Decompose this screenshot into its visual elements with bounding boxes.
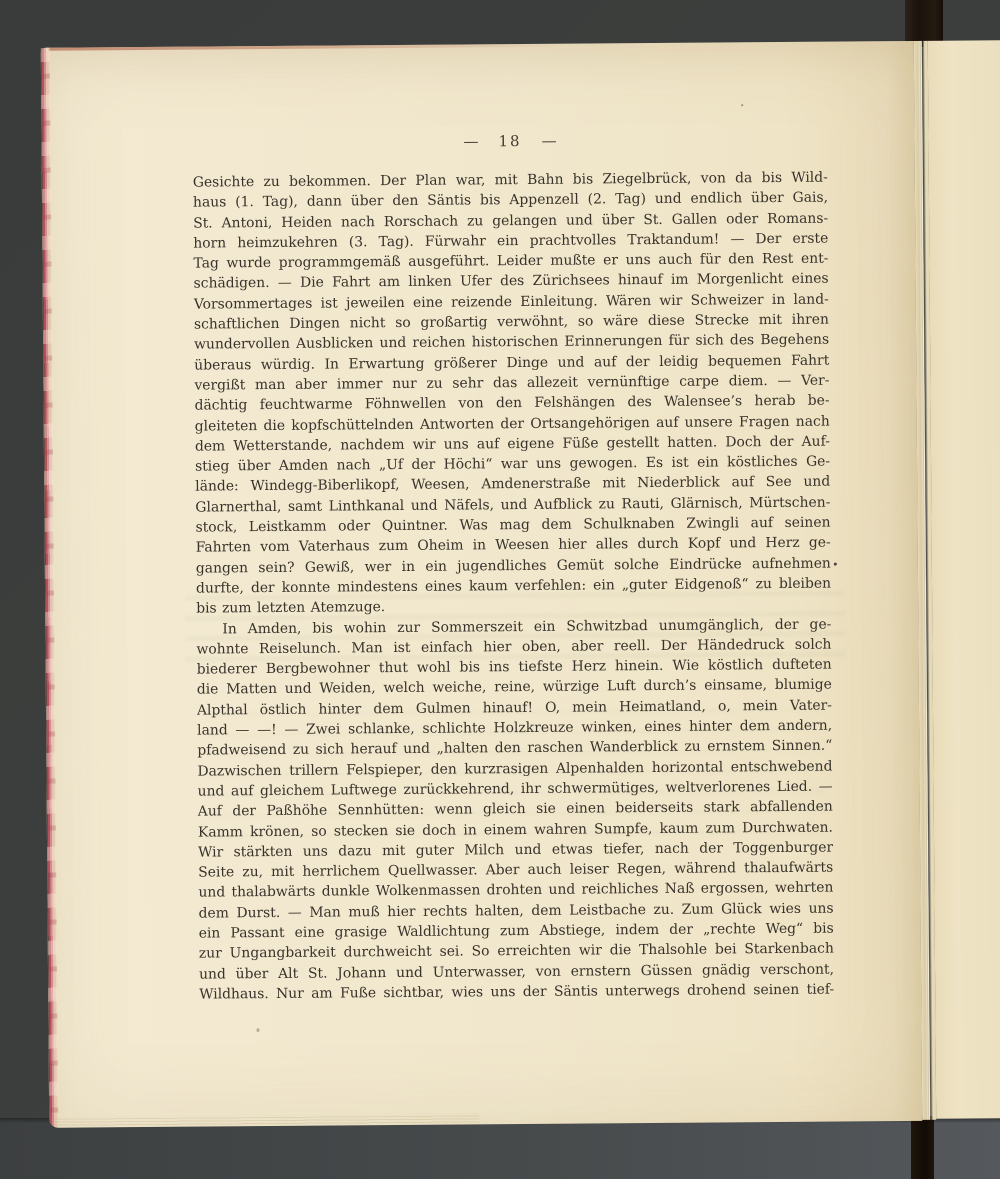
paper-speck xyxy=(741,104,743,106)
page-text-block: — 18 — Gesichte zu bekommen. Der Plan wa… xyxy=(192,130,834,1005)
page-number-header: — 18 — xyxy=(192,130,827,157)
page-number: 18 xyxy=(498,132,521,150)
bookmark-ribbon-bottom xyxy=(911,1116,934,1179)
scanned-book-photo: — 18 — Gesichte zu bekommen. Der Plan wa… xyxy=(0,0,1000,1179)
body-text: Gesichte zu bekommen. Der Plan war, mit … xyxy=(193,168,835,1005)
ink-speck xyxy=(834,563,837,566)
header-dash-right: — xyxy=(541,132,556,150)
page-top-edge-tint xyxy=(44,44,568,51)
book-page: — 18 — Gesichte zu bekommen. Der Plan wa… xyxy=(41,41,922,1128)
text-line: Wildhaus. Nur am Fuße sichtbar, wies uns… xyxy=(199,979,834,1004)
facing-page-edge xyxy=(928,40,1000,1119)
header-dash-left: — xyxy=(463,132,478,150)
book-page-spread: — 18 — Gesichte zu bekommen. Der Plan wa… xyxy=(41,40,1000,1128)
table-surface-shadow xyxy=(0,1118,1000,1179)
paper-speck xyxy=(256,1028,259,1032)
page-fore-edge xyxy=(41,48,58,1128)
